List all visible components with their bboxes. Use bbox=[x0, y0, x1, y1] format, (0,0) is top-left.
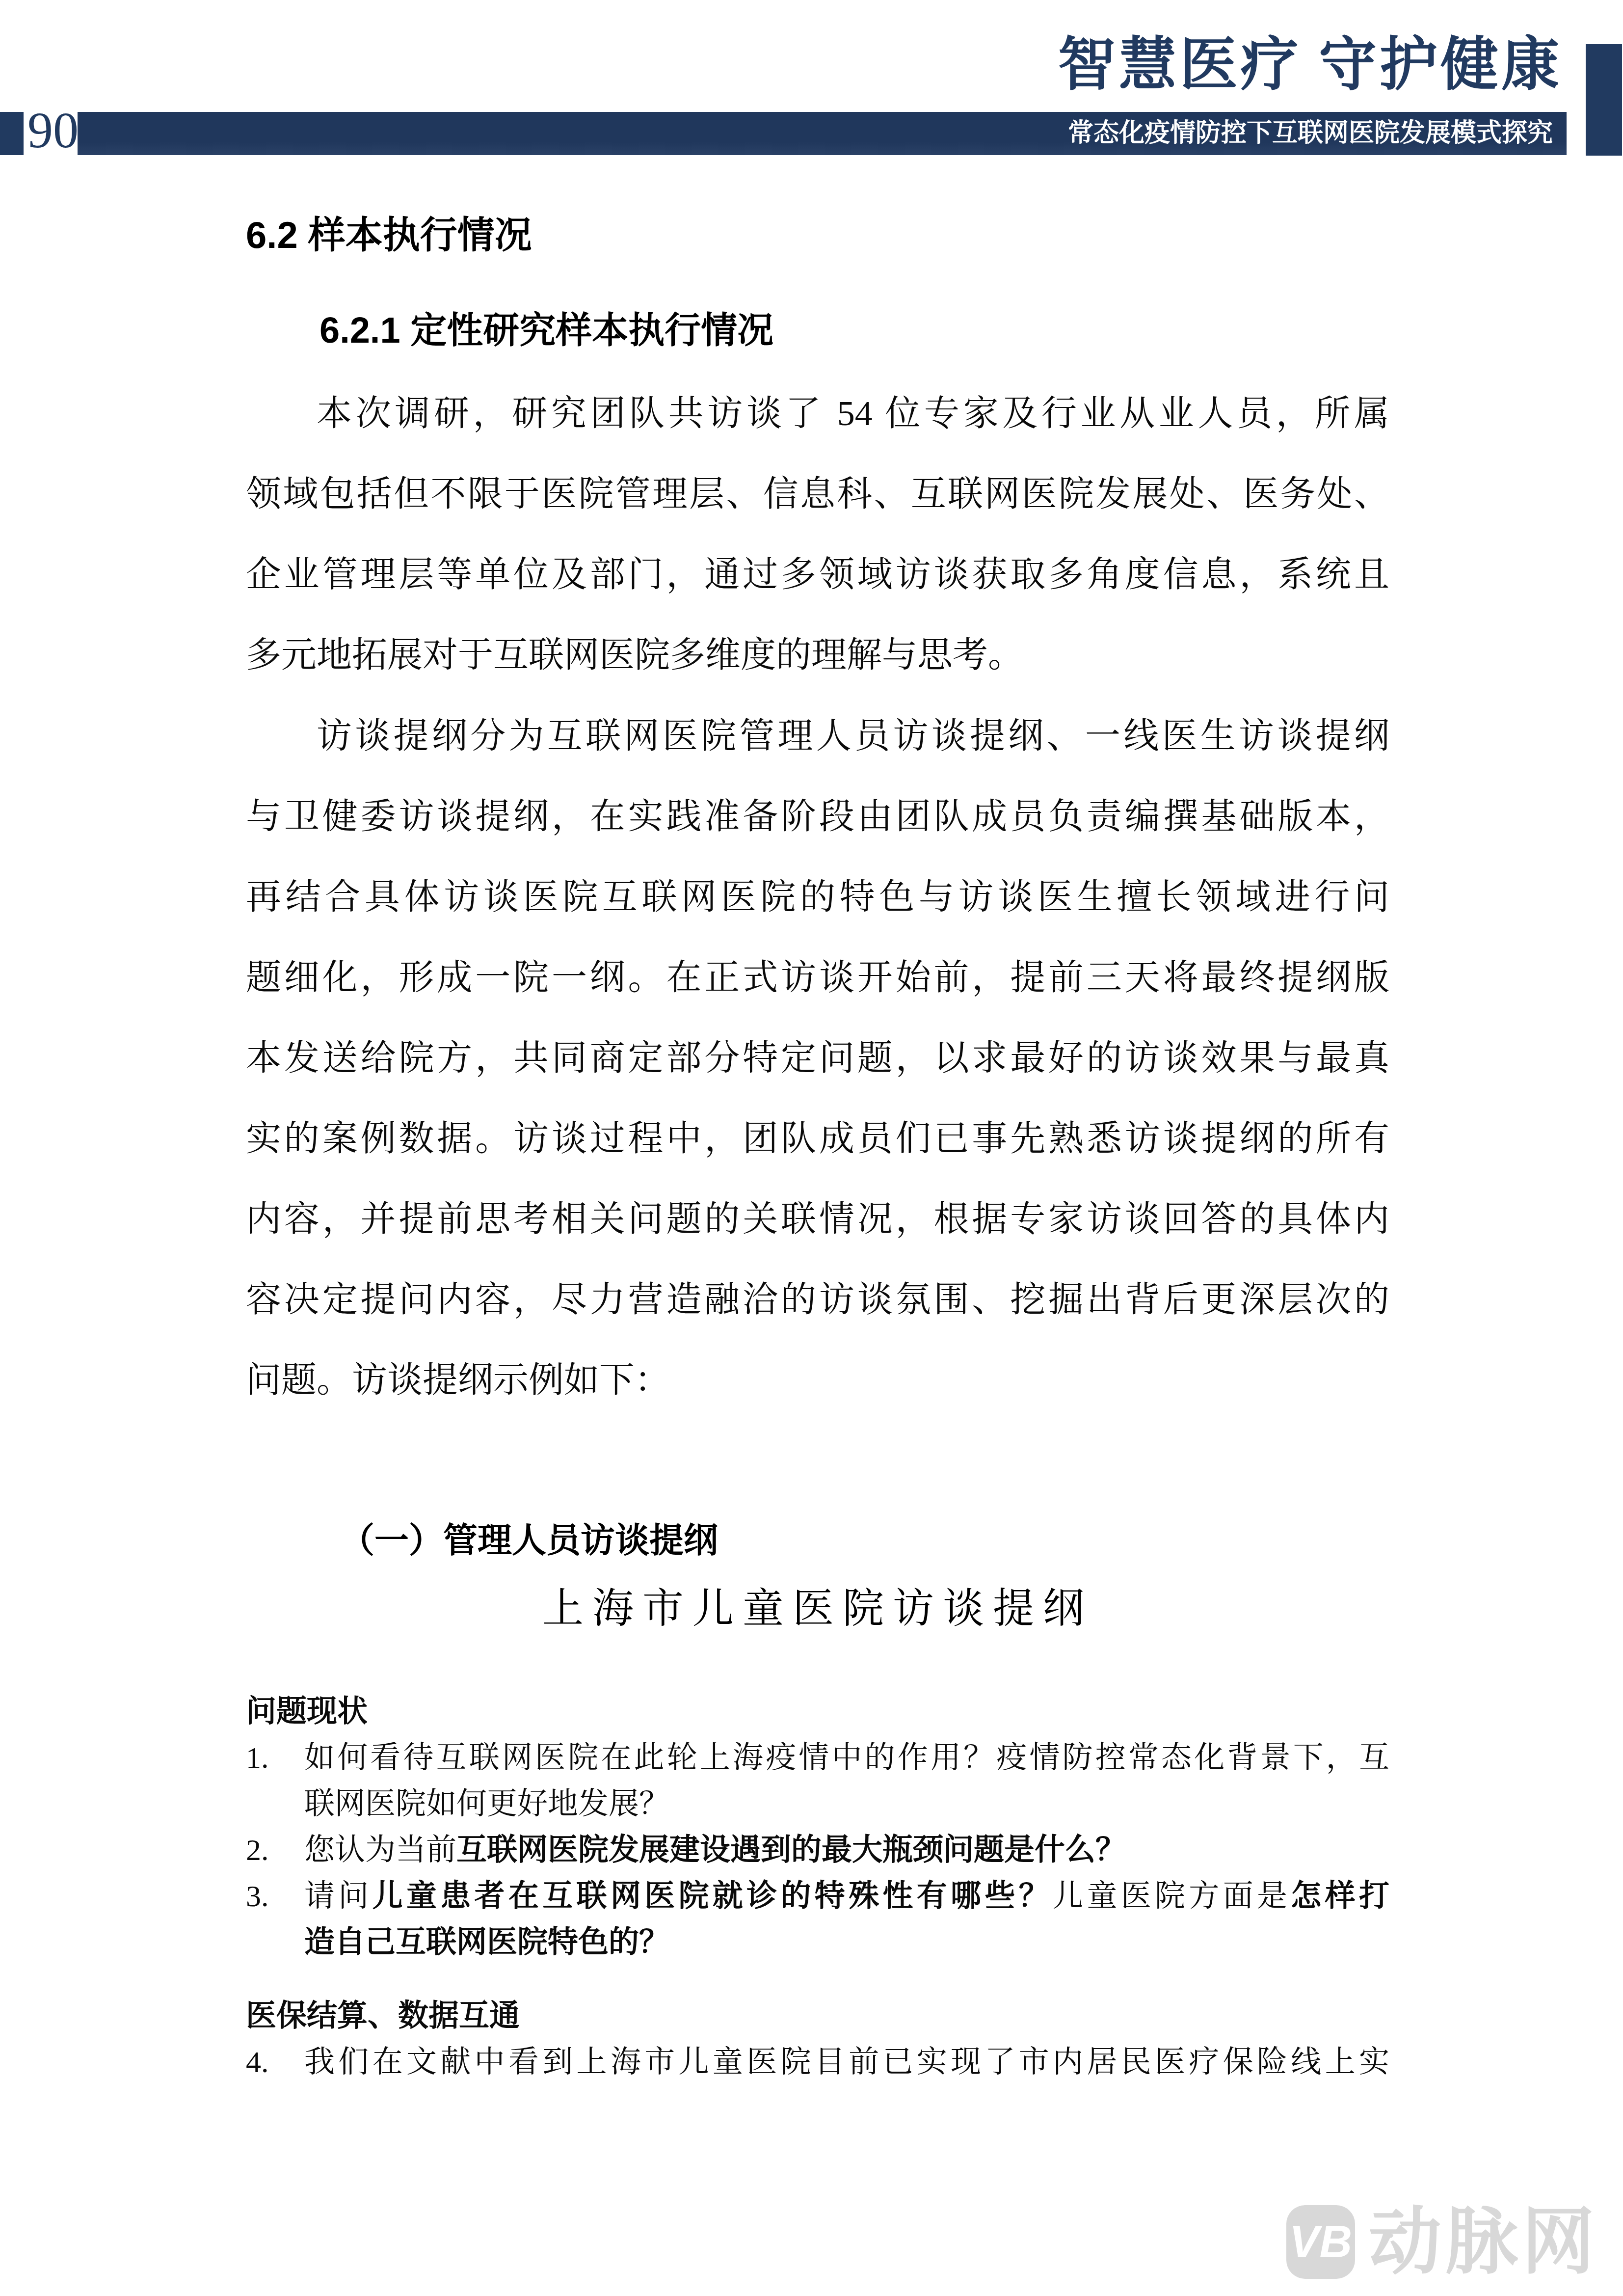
question-line: 请问儿童患者在互联网医院就诊的特殊性有哪些？儿童医院方面是怎样打 bbox=[304, 1873, 1389, 1919]
question-line: 造自己互联网医院特色的？ bbox=[304, 1919, 1389, 1966]
question-item-1: 1. 如何看待互联网医院在此轮上海疫情中的作用？疫情防控常态化背景下，互 联网医… bbox=[246, 1735, 1389, 1827]
question-segment: 如何看待互联网医院在此轮上海疫情中的作用？疫情防控常态化背景下，互 bbox=[304, 1741, 1389, 1775]
paragraph-line: 多元地拓展对于互联网医院多维度的理解与思考。 bbox=[246, 615, 1389, 695]
document-page: 智慧医疗 守护健康 90 常态化疫情防控下互联网医院发展模式探究 6.2 样本执… bbox=[0, 0, 1623, 2296]
paragraph-line: 企业管理层等单位及部门，通过多领域访谈获取多角度信息，系统且 bbox=[246, 534, 1389, 615]
page-number: 90 bbox=[26, 105, 80, 156]
question-number: 2. bbox=[246, 1827, 304, 1873]
paragraph-line: 实的案例数据。访谈过程中，团队成员们已事先熟悉访谈提纲的所有 bbox=[246, 1098, 1389, 1179]
subsection-heading-manager-outline: （一）管理人员访谈提纲 bbox=[340, 1521, 718, 1561]
interview-outline-title: 上海市儿童医院访谈提纲 bbox=[246, 1585, 1389, 1634]
paragraph-line: 问题。访谈提纲示例如下： bbox=[246, 1340, 1389, 1420]
question-text: 如何看待互联网医院在此轮上海疫情中的作用？疫情防控常态化背景下，互 联网医院如何… bbox=[304, 1735, 1389, 1827]
watermark: VB 动脉网 bbox=[1286, 2205, 1598, 2279]
question-segment-bold: 怎样打 bbox=[1291, 1880, 1389, 1913]
header-bar: 常态化疫情防控下互联网医院发展模式探究 bbox=[78, 112, 1567, 155]
question-number: 1. bbox=[246, 1735, 304, 1827]
paragraph-line: 访谈提纲分为互联网医院管理人员访谈提纲、一线医生访谈提纲 bbox=[246, 696, 1389, 776]
question-line: 如何看待互联网医院在此轮上海疫情中的作用？疫情防控常态化背景下，互 bbox=[304, 1735, 1389, 1781]
paragraph-line: 内容，并提前思考相关问题的关联情况，根据专家访谈回答的具体内 bbox=[246, 1179, 1389, 1259]
paragraph-line: 容决定提问内容，尽力营造融洽的访谈氛围、挖掘出背后更深层次的 bbox=[246, 1259, 1389, 1340]
outline-section-heading-insurance: 医保结算、数据互通 bbox=[246, 1993, 1389, 2039]
question-segment-bold: 儿童患者在互联网医院就诊的特殊性有哪些？ bbox=[372, 1880, 1053, 1913]
header-right-accent-bar bbox=[1586, 44, 1622, 156]
question-segment: 您认为当前 bbox=[304, 1834, 456, 1867]
question-outline: 问题现状 1. 如何看待互联网医院在此轮上海疫情中的作用？疫情防控常态化背景下，… bbox=[246, 1689, 1389, 2085]
outline-section-heading-status: 问题现状 bbox=[246, 1689, 1389, 1735]
paragraph-line: 与卫健委访谈提纲，在实践准备阶段由团队成员负责编撰基础版本， bbox=[246, 776, 1389, 857]
paragraph-line: 题细化，形成一院一纲。在正式访谈开始前，提前三天将最终提纲版 bbox=[246, 937, 1389, 1018]
paragraph-line: 再结合具体访谈医院互联网医院的特色与访谈医生擅长领域进行问 bbox=[246, 857, 1389, 937]
question-number: 4. bbox=[246, 2039, 304, 2085]
paragraph-line: 领域包括但不限于医院管理层、信息科、互联网医院发展处、医务处、 bbox=[246, 454, 1389, 534]
question-line: 联网医院如何更好地发展？ bbox=[304, 1781, 1389, 1827]
question-line: 我们在文献中看到上海市儿童医院目前已实现了市内居民医疗保险线上实 bbox=[304, 2039, 1389, 2085]
question-segment-bold: 造自己互联网医院特色的？ bbox=[304, 1926, 669, 1959]
section-heading-6-2-1: 6.2.1 定性研究样本执行情况 bbox=[319, 309, 773, 351]
question-segment: 联网医院如何更好地发展？ bbox=[304, 1787, 669, 1821]
paragraph-line: 本次调研，研究团队共访谈了 54 位专家及行业从业人员，所属 bbox=[246, 373, 1389, 454]
question-text: 您认为当前互联网医院发展建设遇到的最大瓶颈问题是什么？ bbox=[304, 1827, 1389, 1873]
paragraph-2: 访谈提纲分为互联网医院管理人员访谈提纲、一线医生访谈提纲 与卫健委访谈提纲，在实… bbox=[246, 696, 1389, 1420]
question-number: 3. bbox=[246, 1873, 304, 1966]
report-brand-title: 智慧医疗 守护健康 bbox=[1058, 36, 1562, 94]
question-text: 请问儿童患者在互联网医院就诊的特殊性有哪些？儿童医院方面是怎样打 造自己互联网医… bbox=[304, 1873, 1389, 1966]
vb-logo-icon: VB bbox=[1286, 2205, 1355, 2279]
question-segment: 儿童医院方面是 bbox=[1053, 1880, 1291, 1913]
question-item-3: 3. 请问儿童患者在互联网医院就诊的特殊性有哪些？儿童医院方面是怎样打 造自己互… bbox=[246, 1873, 1389, 1966]
question-segment-bold: 互联网医院发展建设遇到的最大瓶颈问题是什么？ bbox=[456, 1834, 1126, 1867]
watermark-text: 动脉网 bbox=[1369, 2206, 1598, 2278]
paragraph-1: 本次调研，研究团队共访谈了 54 位专家及行业从业人员，所属 领域包括但不限于医… bbox=[246, 373, 1389, 695]
section-heading-6-2: 6.2 样本执行情况 bbox=[246, 214, 532, 257]
paragraph-line: 本发送给院方，共同商定部分特定问题，以求最好的访谈效果与最真 bbox=[246, 1018, 1389, 1098]
question-item-2: 2. 您认为当前互联网医院发展建设遇到的最大瓶颈问题是什么？ bbox=[246, 1827, 1389, 1873]
header-subtitle: 常态化疫情防控下互联网医院发展模式探究 bbox=[1068, 119, 1553, 147]
question-segment: 请问 bbox=[304, 1880, 372, 1913]
question-text: 我们在文献中看到上海市儿童医院目前已实现了市内居民医疗保险线上实 bbox=[304, 2039, 1389, 2085]
page-number-accent-square bbox=[0, 112, 24, 155]
question-line: 您认为当前互联网医院发展建设遇到的最大瓶颈问题是什么？ bbox=[304, 1827, 1389, 1873]
question-segment: 我们在文献中看到上海市儿童医院目前已实现了市内居民医疗保险线上实 bbox=[304, 2046, 1389, 2079]
question-item-4: 4. 我们在文献中看到上海市儿童医院目前已实现了市内居民医疗保险线上实 bbox=[246, 2039, 1389, 2085]
